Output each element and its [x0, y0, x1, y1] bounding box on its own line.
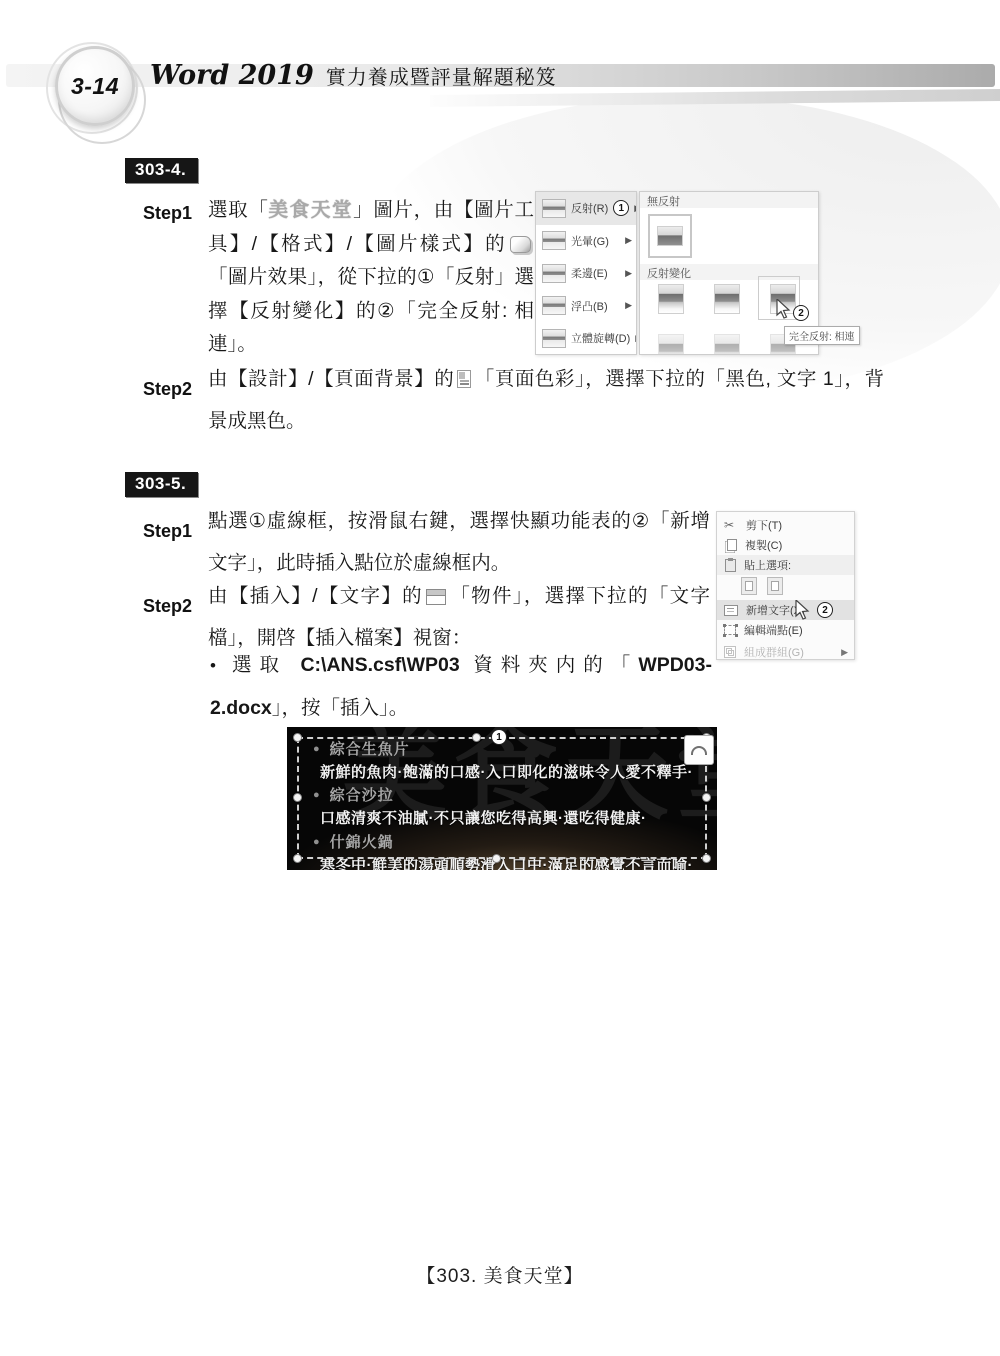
- selection-handle[interactable]: [702, 854, 711, 863]
- edit-points-icon: [724, 625, 736, 635]
- context-item-label: 複製(C): [745, 537, 782, 553]
- step1-label: Step1: [143, 203, 192, 224]
- step-text: 資料夾内的「: [460, 654, 639, 676]
- book-title-logo: Word 2019: [150, 60, 314, 91]
- step-text: 「圖片效果」，從下拉的①「反射」選擇【反射變化】的②「完全反射: 相連」。: [208, 266, 534, 355]
- picture-effects-icon: [510, 236, 531, 253]
- bullet-dot: •: [210, 656, 216, 675]
- context-item-copy[interactable]: 複製(C): [717, 535, 854, 555]
- submenu-arrow-icon: ▶: [625, 235, 632, 246]
- page-number: 3-14: [71, 73, 119, 100]
- annotation-circle-2: 2: [817, 602, 833, 618]
- paste-keep-formatting-button[interactable]: [741, 577, 757, 595]
- selection-handle[interactable]: [293, 793, 302, 802]
- menu-item-label: 光暈(G): [571, 233, 609, 249]
- submenu-arrow-icon: ▶: [625, 300, 632, 311]
- context-item-label: 組成群組(G): [744, 644, 804, 660]
- menu-item-soft-edges[interactable]: 柔邊(E) ▶: [536, 257, 636, 290]
- book-title: Word 2019 實力養成暨評量解題秘笈: [150, 60, 557, 90]
- context-item-paste-options: 貼上選項:: [717, 555, 854, 575]
- menu-item-bevel[interactable]: 浮凸(B) ▶: [536, 290, 636, 323]
- soft-edges-icon: [542, 264, 566, 283]
- annotation-circle-2: 2: [793, 305, 809, 321]
- reflection-tooltip: 完全反射: 相連: [784, 326, 860, 345]
- submenu-arrow-icon: ▶: [634, 203, 637, 214]
- glow-icon: [542, 231, 566, 250]
- context-menu: ✂ 剪下(T) 複製(C) 貼上選項: 新增文字(X) 編輯端點(E) 組成群組…: [716, 511, 855, 660]
- page-number-badge: 3-14: [55, 46, 135, 126]
- copy-icon: [727, 539, 737, 551]
- book-page: 3-14 Word 2019 實力養成暨評量解題秘笈 303-4. Step1 …: [0, 0, 1000, 1356]
- submenu-arrow-icon: ▶: [625, 268, 632, 279]
- book-title-text: 實力養成暨評量解題秘笈: [326, 61, 557, 90]
- context-item-group: 組成群組(G) ▶: [717, 642, 854, 662]
- add-text-icon: [724, 605, 738, 616]
- selection-handle[interactable]: [472, 733, 481, 742]
- brand-text: 美食天堂: [269, 199, 354, 221]
- annotation-circle-1: 1: [613, 200, 629, 216]
- step2-label: Step2: [143, 596, 192, 617]
- scissors-icon: ✂: [724, 518, 738, 532]
- cursor-icon: [776, 299, 792, 321]
- food-paradise-image: 美食天堂 ●綜合生魚片 新鮮的魚肉·飽滿的口感·入口即化的滋味令人愛不釋手· ●…: [287, 727, 717, 870]
- step-text: 選取: [224, 654, 301, 676]
- bevel-icon: [542, 296, 566, 315]
- reflection-variant-option[interactable]: [714, 334, 740, 355]
- reflection-variant-option[interactable]: [658, 284, 684, 314]
- reflection-icon: [542, 199, 566, 218]
- paste-options-row: [717, 575, 854, 597]
- context-item-add-text[interactable]: 新增文字(X): [717, 600, 854, 620]
- paste-picture-button[interactable]: [767, 577, 783, 595]
- group-icon: [724, 646, 736, 658]
- section-badge-303-4: 303-4.: [125, 158, 198, 183]
- context-item-label: 編輯端點(E): [744, 622, 803, 638]
- bullet-paragraph: •選取 C:\ANS.csf\WP03 資料夾内的「WPD03-2.docx」，…: [210, 644, 712, 729]
- context-item-edit-points[interactable]: 編輯端點(E): [717, 620, 854, 640]
- reflection-thumb: [657, 226, 683, 246]
- reflection-variant-option[interactable]: [658, 334, 684, 355]
- step1-label: Step1: [143, 521, 192, 542]
- no-reflection-option[interactable]: [648, 214, 692, 258]
- menu-item-glow[interactable]: 光暈(G) ▶: [536, 225, 636, 258]
- 3d-rotation-icon: [542, 329, 566, 348]
- step2-paragraph: 由【設計】/【頁面背景】的「頁面色彩」，選擇下拉的「黑色, 文字 1」，背景成黑…: [208, 358, 884, 442]
- layout-options-button[interactable]: [684, 735, 714, 765]
- step-text: 」，按「插入」。: [272, 697, 409, 719]
- menu-item-label: 反射(R): [571, 200, 608, 216]
- submenu-arrow-icon: ▶: [635, 333, 637, 344]
- selection-handle[interactable]: [492, 854, 501, 863]
- page-footer: 【303. 美食天堂】: [0, 1261, 1000, 1288]
- menu-item-reflection[interactable]: 反射(R) 1 ▶: [536, 192, 636, 225]
- selection-handle[interactable]: [293, 733, 302, 742]
- menu-item-label: 浮凸(B): [571, 298, 608, 314]
- step2-label: Step2: [143, 379, 192, 400]
- menu-item-3d-rotation[interactable]: 立體旋轉(D) ▶: [536, 322, 636, 355]
- reflection-variant-option[interactable]: [714, 284, 740, 314]
- step-text: 由【插入】/【文字】的: [208, 585, 423, 607]
- submenu-arrow-icon: ▶: [841, 647, 848, 658]
- cursor-icon: [795, 600, 811, 622]
- picture-effects-menu: 反射(R) 1 ▶ 光暈(G) ▶ 柔邊(E) ▶ 浮凸(B) ▶ 立體旋轉(D…: [535, 191, 637, 355]
- step-text: 由【設計】/【頁面背景】的: [208, 368, 454, 390]
- selection-handle[interactable]: [293, 854, 302, 863]
- step-text: 點選①虛線框，按滑鼠右鍵，選擇快顯功能表的②「新增文字」，此時插入點位於虛線框内…: [208, 510, 710, 574]
- context-item-label: 貼上選項:: [744, 557, 791, 573]
- step-text: 選取「: [208, 199, 269, 221]
- menu-item-label: 柔邊(E): [571, 265, 608, 281]
- text-box-selection-border[interactable]: [297, 737, 707, 859]
- paste-icon: [725, 559, 736, 572]
- step1-paragraph: 點選①虛線框，按滑鼠右鍵，選擇快顯功能表的②「新增文字」，此時插入點位於虛線框内…: [208, 500, 710, 584]
- file-path: C:\ANS.csf\WP03: [300, 654, 459, 676]
- gallery-header-none: 無反射: [640, 192, 818, 208]
- selection-handle[interactable]: [702, 793, 711, 802]
- context-item-cut[interactable]: ✂ 剪下(T): [717, 515, 854, 535]
- annotation-circle-1: 1: [491, 729, 507, 745]
- context-item-label: 剪下(T): [746, 517, 782, 533]
- layout-options-icon: [691, 746, 707, 755]
- step1-paragraph: 選取「美食天堂」圖片，由【圖片工具】/【格式】/【圖片樣式】的「圖片效果」，從下…: [208, 194, 534, 362]
- section-badge-303-5: 303-5.: [125, 472, 198, 497]
- menu-item-label: 立體旋轉(D): [571, 330, 630, 346]
- object-icon: [426, 589, 446, 605]
- page-color-icon: [457, 370, 471, 388]
